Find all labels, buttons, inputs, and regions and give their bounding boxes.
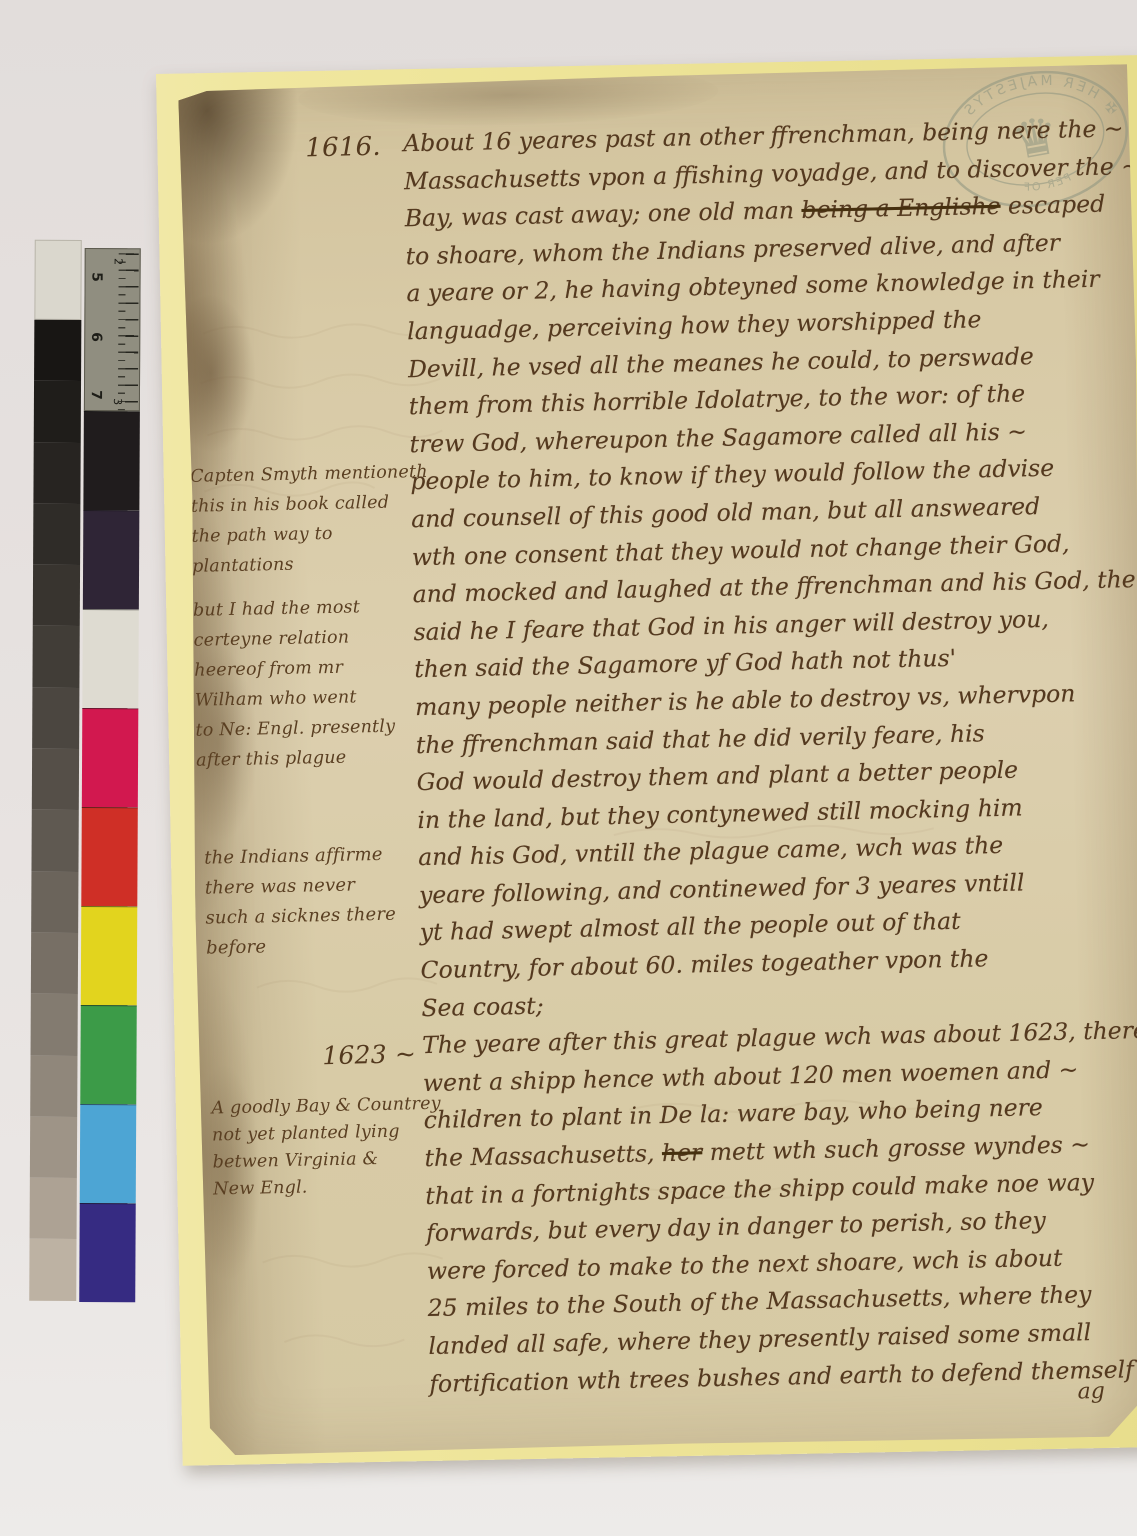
color-patch-indigo	[79, 1203, 136, 1302]
grayscale-step	[31, 994, 78, 1056]
grayscale-step	[34, 381, 81, 443]
manuscript-text: the Massachusetts,	[424, 1139, 662, 1172]
color-patch-magenta	[82, 708, 139, 807]
color-patch-black	[83, 411, 140, 510]
margin-note-line: the Indians affirme	[204, 839, 423, 874]
margin-note-indians-affirme: the Indians affirmethere was neversuch a…	[204, 839, 424, 964]
ruler-number: 2	[112, 258, 125, 265]
ruler-number: 7	[88, 390, 104, 400]
manuscript-photograph: 2 3 5 6 7	[0, 0, 1137, 1536]
margin-note-goodly-bay: A goodly Bay & Countreynot yet planted l…	[211, 1091, 431, 1204]
ruler-number: 5	[88, 272, 104, 282]
color-calibration-bar: 2 3 5 6 7	[29, 240, 141, 1303]
margin-note-line: heereof from mr	[194, 651, 413, 686]
color-patch-yellow	[81, 906, 138, 1005]
grayscale-step	[32, 688, 79, 750]
manuscript-text: About 16 yeares past an other ffrenchman…	[403, 114, 1124, 157]
margin-note-line: certeyne relation	[193, 621, 412, 656]
grayscale-step	[33, 565, 80, 627]
struck-text: her	[662, 1138, 703, 1167]
grayscale-step	[30, 1178, 77, 1240]
manuscript-text: escaped	[1000, 190, 1105, 220]
color-patch-sky-blue	[80, 1104, 137, 1203]
margin-date-1616: 1616.	[305, 132, 381, 164]
margin-note-line: the path way to	[191, 517, 410, 552]
grayscale-step	[29, 1239, 76, 1301]
margin-note-line: to Ne: Engl. presently	[195, 711, 414, 746]
ruler: 2 3 5 6 7	[84, 248, 141, 411]
grayscale-step	[30, 1117, 77, 1179]
margin-note-line: there was never	[205, 869, 424, 904]
struck-text: being a Englishe	[801, 192, 1001, 224]
margin-note-line: before	[206, 929, 425, 964]
color-patch-red	[81, 807, 138, 906]
grayscale-step	[31, 810, 78, 872]
grayscale-step	[31, 933, 78, 995]
margin-note-line: Capten Smyth mentioneth	[190, 457, 409, 492]
grayscale-step	[34, 320, 81, 382]
margin-note-line: but I had the most	[193, 591, 412, 626]
manuscript-text: Sea coast;	[421, 991, 544, 1022]
ruler-number: 6	[88, 332, 104, 342]
color-patches	[79, 411, 140, 1302]
grayscale-step	[30, 1055, 77, 1117]
grayscale-step	[33, 442, 80, 504]
catchword: ag	[1077, 1379, 1105, 1405]
grayscale-step	[31, 871, 78, 933]
grayscale-white-patch	[34, 240, 81, 320]
color-patch-column: 2 3 5 6 7	[79, 240, 141, 1302]
ruler-number: 3	[111, 398, 124, 405]
grayscale-step	[32, 749, 79, 811]
margin-note-line: such a sicknes there	[205, 899, 424, 934]
margin-note-line: New Engl.	[213, 1172, 432, 1204]
color-patch-white	[82, 609, 139, 708]
color-patch-aubergine	[83, 510, 140, 609]
grayscale-step	[33, 504, 80, 566]
margin-note-line: not yet planted lying	[212, 1118, 431, 1150]
margin-note-smith-reference: Capten Smyth mentioneththis in his book …	[190, 457, 415, 775]
margin-date-1623: 1623 ~	[322, 1039, 416, 1070]
margin-note-line: this in his book called	[191, 487, 410, 522]
manuscript-page: ✠ HER MAJESTYS PER OF ♛ 1616. 1623 ~ Cap…	[178, 64, 1137, 1456]
manuscript-text-block: About 16 yeares past an other ffrenchman…	[403, 114, 1137, 1407]
grayscale-strip	[29, 320, 81, 1301]
grayscale-column	[29, 240, 82, 1302]
margin-note-line: plantations	[192, 547, 411, 582]
margin-note-line: Wilham who went	[195, 681, 414, 716]
grayscale-step	[32, 626, 79, 688]
color-patch-green	[80, 1005, 137, 1104]
margin-note-line: after this plague	[196, 741, 415, 776]
